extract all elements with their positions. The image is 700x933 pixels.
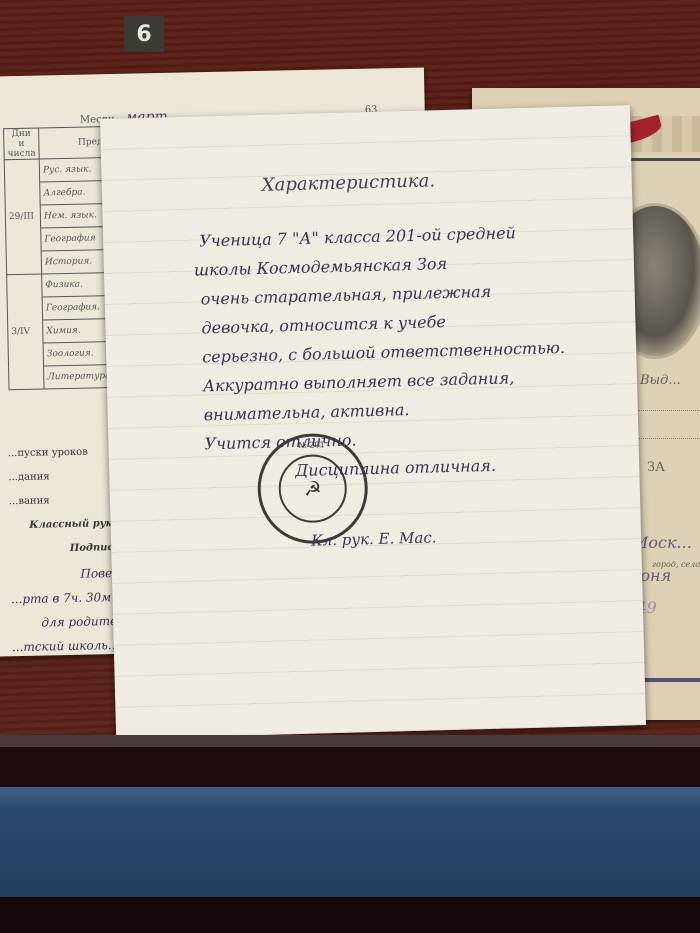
exhibit-number-badge: 6 [124,16,164,52]
hammer-sickle-emblem-icon: ☭ [278,454,348,524]
display-case-blue-rail [0,787,700,897]
display-case-base [0,897,700,933]
issued-label: Выд... [640,373,681,388]
letter-body: Ученица 7 "А" класса 201-ой средней школ… [199,215,626,487]
week1-date: 29/III [4,159,41,275]
display-case-shadow [0,747,700,787]
display-case-edge [0,735,700,747]
characteristic-letter: Характеристика. Ученица 7 "А" класса 201… [100,105,646,739]
week2-date: 3/IV [7,274,44,390]
day-column-header: Дни и числа [4,128,40,160]
class-teacher-signature: Кл. рук. Е. Мас. [311,528,437,549]
letter-title: Характеристика. [261,170,435,196]
stamp-ring-text: № 201 [298,440,324,450]
for-label: ЗА [647,460,665,475]
